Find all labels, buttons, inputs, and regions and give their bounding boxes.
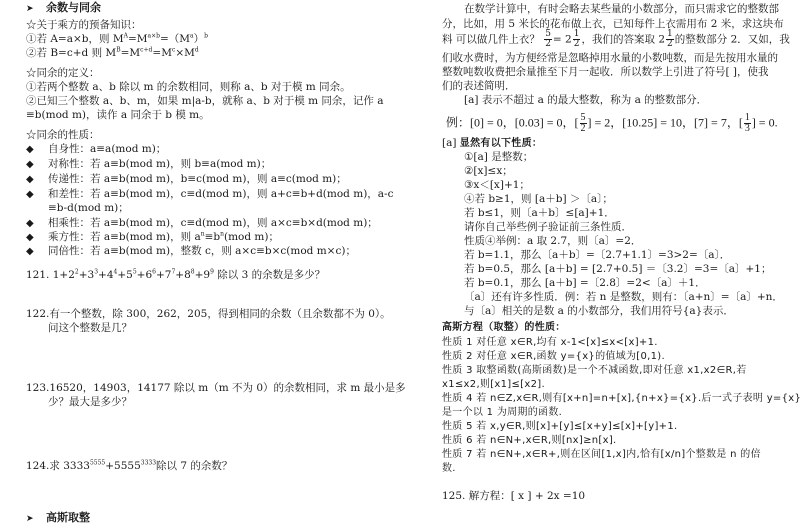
- property-symmetric: ◆对称性：若 a≡b(mod m)，则 b≡a(mod m)；: [26, 157, 271, 172]
- intro-line-3: 料 可以做几件上衣？ 52= 212，我们的答案取 212的整数部分 2．又如，…: [442, 30, 790, 49]
- gauss-properties-heading: 高斯方程（取整）的性质：: [442, 321, 566, 335]
- definition-floor: [a] 表示不超过 a 的最大整数，称为 a 的整数部分．: [464, 93, 707, 107]
- floor-example-intro: 性质④举例：a 取 2.7，则〔a〕=2．: [464, 234, 641, 248]
- diamond-bullet-icon: ◆: [26, 231, 48, 245]
- arrow-bullet-icon: ➤: [26, 512, 46, 526]
- prep-item-2: ②若 B=c+d 则 MB=Mc+d=Mc×Md: [26, 46, 199, 60]
- floor-note: 请你自己举些例子验证前三条性质．: [464, 220, 632, 234]
- question-124: 124.求 33335555+55553333除以 7 的余数？: [26, 459, 232, 473]
- question-122-line2: 问这个整数是几？: [48, 321, 132, 335]
- gauss-prop-4: 性质 4 若 n∈Z,x∈R,则有[x+n]=n+[x],{n+x}={x}.后…: [442, 392, 801, 406]
- section-title: 高斯取整: [46, 511, 90, 524]
- section-title: 余数与同余: [46, 1, 101, 14]
- intro-line-4: 们收水费时，为方便经常是忽略掉用水量的小数吨数，而是先按用水量的: [442, 51, 778, 65]
- gauss-prop-6: 性质 6 若 n∈N+,x∈R,则[nx]≥n[x].: [442, 434, 617, 448]
- intro-line-2: 分，比如，用 5 米长的花布做上衣，已知每件上衣需用布 2 米，求这块布: [442, 17, 784, 31]
- gauss-prop-3-cont: x1≤x2,则[x1]≤[x2].: [442, 378, 545, 392]
- properties-heading: ☆同余的性质：: [26, 128, 100, 142]
- property-transitive: ◆传递性：若 a≡b(mod m)，b≡c(mod m)，则 a≡c(mod m…: [26, 172, 347, 187]
- gauss-prop-4-cont: 是一个以 1 为周期的函数.: [442, 406, 562, 420]
- floor-prop-4b: 若 b≤1，则〔a＋b〕≤[a]+1．: [464, 206, 615, 220]
- floor-example-2: 若 b=0.5，那么 [a＋b] = [2.7+0.5] ＝〔3.2〕=3=〔a…: [464, 262, 771, 276]
- property-multiple: ◆同倍性：若 a≡b(mod m)，整数 c，则 a×c≡b×c(mod m×c…: [26, 244, 356, 259]
- gauss-prop-7-cont: 数.: [442, 462, 456, 476]
- prep-heading: ☆关于乘方的预备知识：: [26, 18, 142, 32]
- floor-prop-3: ③x＜[x]+1；: [464, 178, 530, 192]
- floor-example-3: 若 b=0.1，那么 [a＋b] =〔2.8〕=2<〔a〕＋1．: [464, 276, 706, 290]
- section-heading-remainder: ➤余数与同余: [26, 1, 101, 16]
- gauss-prop-3: 性质 3 取整函数(高斯函数)是一个不减函数,即对任意 x1,x2∈R,若: [442, 364, 747, 378]
- diamond-bullet-icon: ◆: [26, 188, 48, 202]
- floor-prop-4: ④若 b≥1，则 [a＋b] ＞〔a〕；: [464, 192, 613, 206]
- fraction-1-2: 12: [573, 30, 581, 49]
- diamond-bullet-icon: ◆: [26, 245, 48, 259]
- property-multiply: ◆相乘性：若 a≡b(mod m)，c≡d(mod m)，则 a×c≡b×d(m…: [26, 216, 378, 231]
- arrow-bullet-icon: ➤: [26, 2, 46, 16]
- definition-line-1: ①若两个整数 a、b 除以 m 的余数相同，则称 a、b 对于模 m 同余。: [26, 80, 351, 94]
- diamond-bullet-icon: ◆: [26, 173, 48, 187]
- definition-line-3: ≡b(mod m)，读作 a 同余于 b 模 m。: [26, 108, 210, 122]
- floor-properties-heading: [a] 显然有以下性质：: [442, 136, 542, 151]
- example-line: 例：[0] = 0，[0.03] = 0，[52] = 2，[10.25] = …: [446, 113, 778, 134]
- fraction-5-2-example: 52: [580, 113, 587, 134]
- question-125: 125. 解方程：[ x ] + 2x =10: [442, 489, 585, 503]
- gauss-prop-1: 性质 1 对任意 x∈R,均有 x-1<[x]≤x<[x]+1.: [442, 336, 658, 350]
- fraction-1-3-example: 13: [744, 113, 751, 134]
- fractional-part-note: 与〔a〕相关的是数 a 的小数部分，我们用符号{a}表示．: [464, 304, 734, 318]
- intro-line-1: 在数学计算中，有时会略去某些量的小数部分，而只需求它的整数部: [464, 2, 779, 16]
- diamond-bullet-icon: ◆: [26, 143, 48, 157]
- intro-line-6: 们的表述简明．: [442, 79, 516, 93]
- prep-item-1: ①若 A=a×b，则 MA=Ma×b=（Ma）b: [26, 32, 208, 46]
- floor-example-1: 若 b=1.1，那么〔a＋b〕=〔2.7+1.1〕=3>2=〔a〕．: [464, 248, 730, 262]
- gauss-prop-5: 性质 5 若 x,y∈R,则[x]+[y]≤[x+y]≤[x]+[y]+1.: [442, 420, 678, 434]
- diamond-bullet-icon: ◆: [26, 217, 48, 231]
- property-reflexive: ◆自身性：a≡a(mod m)；: [26, 142, 166, 157]
- definition-line-2: ②已知三个整数 a、b、m，如果 m|a-b，就称 a、b 对于模 m 同余，记…: [26, 94, 384, 108]
- section-heading-gauss: ➤高斯取整: [26, 511, 90, 526]
- floor-prop-2: ②[x]≤x；: [464, 164, 513, 178]
- intro-line-5: 整数吨数收费把余量推至下月一起收．所以数学上引进了符号[ ]，使我: [442, 65, 769, 79]
- property-sum-diff-cont: ≡b-d(mod m)；: [26, 201, 129, 215]
- definition-heading: ☆同余的定义：: [26, 66, 100, 80]
- question-123-line2: 少？最大是多少？: [48, 395, 132, 409]
- gauss-prop-7: 性质 7 若 n∈N+,x∈R+,则在区间[1,x]内,恰有[x/n]个整数是 …: [442, 448, 761, 462]
- fraction-5-2: 52: [544, 30, 552, 49]
- question-121: 121. 1+22+33+44+55+66+77+88+99 除以 3 的余数是…: [26, 268, 325, 282]
- gauss-prop-2: 性质 2 对任意 x∈R,函数 y={x}的值域为[0,1).: [442, 350, 665, 364]
- property-sum-diff: ◆和差性：若 a≡b(mod m)，c≡d(mod m)，则 a+c≡b+d(m…: [26, 187, 393, 202]
- floor-prop-1: ①[a] 是整数；: [464, 150, 533, 164]
- question-122: 122.有一个整数，除 300，262，205，得到相同的余数（且余数都不为 0…: [26, 307, 391, 321]
- fraction-1-2b: 12: [666, 30, 674, 49]
- property-power: ◆乘方性：若 a≡b(mod m)，则 an≡bn(mod m)；: [26, 230, 279, 245]
- floor-more-props: 〔a〕还有许多性质．例：若 n 是整数，则有：〔a+n〕=〔a〕+n．: [464, 290, 783, 304]
- diamond-bullet-icon: ◆: [26, 158, 48, 172]
- question-123: 123.16520，14903，14177 除以 m（m 不为 0）的余数相同，…: [26, 381, 406, 395]
